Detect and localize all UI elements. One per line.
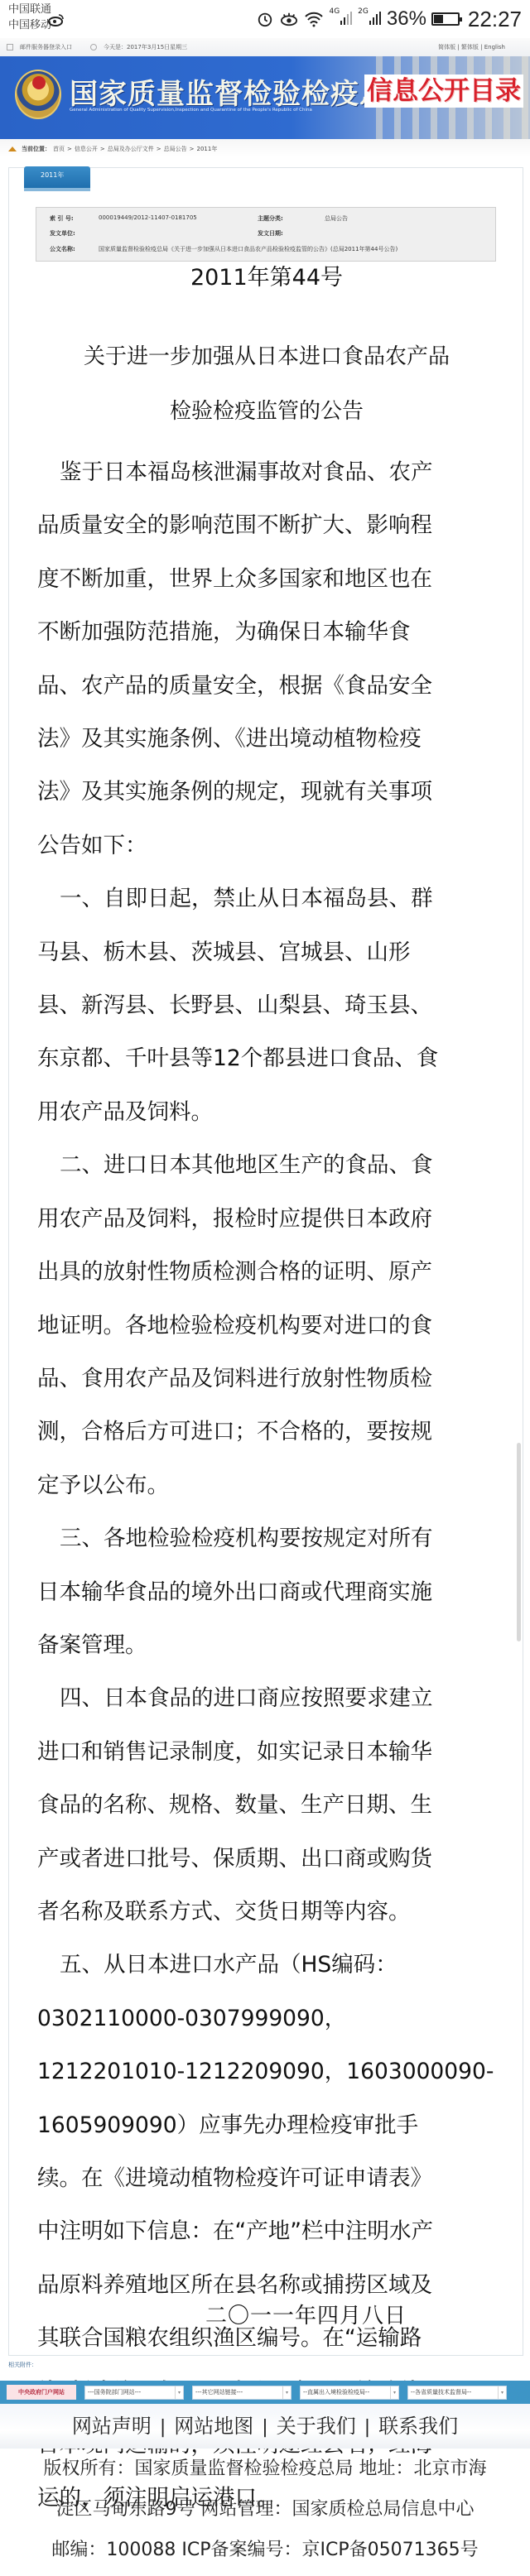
clock: 22:27 xyxy=(468,7,522,32)
status-bar: 中国联通 中国移动 4G 2G 36% 22:27 xyxy=(0,0,530,38)
attachments-row: 相关附件： xyxy=(8,2356,523,2374)
battery-icon xyxy=(431,12,460,26)
attachments-label: 相关附件： xyxy=(8,2361,37,2369)
footer-link-sitemap[interactable]: 网站地图 xyxy=(174,2415,253,2438)
paragraph-item-2: 二、进口日本其他地区生产的食品、食 用农产品及饲料，报检时应提供日本政府 出具的… xyxy=(37,1139,489,1512)
breadcrumb: 当前位置： 首页 > 信息公开 > 总局及办公厅文件 > 总局公告 > 2011… xyxy=(0,139,530,157)
home-icon xyxy=(8,147,17,151)
meta-row-issuer: 发文单位: 发文日期: xyxy=(36,229,495,243)
footer-link-statement[interactable]: 网站声明 xyxy=(72,2415,152,2438)
breadcrumb-separator: > xyxy=(100,146,105,152)
provincial-bureaus-select[interactable]: --各省质量技术监督局--▾ xyxy=(407,2386,507,2400)
wifi-icon xyxy=(304,11,324,27)
paragraph-item-1: 一、自即日起，禁止从日本福岛县、群 马县、栃木县、茨城县、宫城县、山形 县、新泻… xyxy=(37,872,489,1139)
footer-link-about[interactable]: 关于我们 xyxy=(277,2415,356,2438)
state-council-select[interactable]: ---国务院部门网站---▾ xyxy=(84,2386,184,2400)
utility-bar: 邮件服务器登录入口 今天是：2017年3月15日星期三 简体版 | 繁体版 | … xyxy=(0,38,530,56)
status-icons: 4G 2G 36% 22:27 xyxy=(256,8,522,30)
other-sites-select[interactable]: ---其它网站链接---▾ xyxy=(192,2386,291,2400)
breadcrumb-item-announcements[interactable]: 总局公告 xyxy=(164,145,187,153)
index-number: 000019449/2012-11407-0181705 xyxy=(99,214,197,221)
mail-login-link[interactable]: 邮件服务器登录入口 xyxy=(7,43,72,51)
paragraph-item-3: 三、各地检验检疫机构要按规定对所有 日本输华食品的境外出口商或代理商实施 备案管… xyxy=(37,1512,489,1672)
agency-emblem-icon xyxy=(15,70,61,119)
address-line: 淀区马甸东路9号 网站管理：国家质检总局信息中心 xyxy=(0,2489,530,2530)
breadcrumb-item-info-public[interactable]: 信息公开 xyxy=(75,145,98,153)
separator: | xyxy=(364,2417,370,2438)
clock-icon xyxy=(90,44,97,50)
carrier-2: 中国移动 xyxy=(8,17,51,33)
footer-link-contact[interactable]: 联系我们 xyxy=(378,2415,458,2438)
related-links-bar: 中央政府门户网站 ---国务院部门网站---▾ ---其它网站链接---▾ --… xyxy=(0,2381,530,2404)
breadcrumb-separator: > xyxy=(190,146,195,152)
chevron-down-icon: ▾ xyxy=(175,2386,183,2399)
breadcrumb-item-year[interactable]: 2011年 xyxy=(197,145,218,153)
weibo-icon xyxy=(48,13,65,26)
signal-bars-icon xyxy=(340,11,353,26)
today-date: 今天是：2017年3月15日星期三 xyxy=(90,43,187,51)
paragraph-item-4: 四、日本食品的进口商应按照要求建立 进口和销售记录制度，如实记录日本输华 食品的… xyxy=(37,1672,489,1939)
carrier-1: 中国联通 xyxy=(8,2,51,17)
signal-2: 2G xyxy=(358,7,382,31)
breadcrumb-label: 当前位置： xyxy=(22,145,51,153)
chevron-down-icon: ▾ xyxy=(282,2386,291,2399)
copyright-line: 版权所有：国家质量监督检验检疫总局 地址：北京市海 xyxy=(0,2449,530,2489)
site-banner: 国家质量监督检验检疫总局 General Administration of Q… xyxy=(0,56,530,139)
document-metadata: 索 引 号: 000019449/2012-11407-0181705 主题分类… xyxy=(36,207,496,262)
paragraph-preamble: 鉴于日本福岛核泄漏事故对食品、农产 品质量安全的影响范围不断扩大、影响程 度不断… xyxy=(37,446,489,872)
separator: | xyxy=(262,2417,267,2438)
footer-info: 版权所有：国家质量监督检验检疫总局 地址：北京市海 淀区马甸东路9号 网站管理：… xyxy=(0,2449,530,2570)
signature-date: 二〇一一年四月八日 xyxy=(205,2299,407,2329)
section-tag: 信息公开目录 xyxy=(364,74,523,108)
category-value: 总局公告 xyxy=(325,214,348,223)
alarm-icon xyxy=(256,11,274,27)
icp-line: 邮编：100088 ICP备案编号：京ICP备05071365号 xyxy=(0,2530,530,2570)
ciq-bureaus-select[interactable]: --直属出入境检验检疫局--▾ xyxy=(300,2386,399,2400)
chevron-down-icon: ▾ xyxy=(390,2386,398,2399)
mail-icon xyxy=(7,44,13,50)
eye-comfort-icon xyxy=(279,11,299,27)
meta-row-name: 公文名称: 国家质量监督检验检疫总局《关于进一步加强从日本进口食品农产品检验检疫… xyxy=(36,245,495,258)
chevron-down-icon: ▾ xyxy=(498,2386,506,2399)
language-switch[interactable]: 简体版 | 繁体版 | English xyxy=(438,43,505,51)
year-tab[interactable]: 2011年 xyxy=(24,166,90,188)
document-body: 鉴于日本福岛核泄漏事故对食品、农产 品质量安全的影响范围不断扩大、影响程 度不断… xyxy=(37,446,489,2526)
carrier-labels: 中国联通 中国移动 xyxy=(8,2,51,33)
document-number: 2011年第44号 xyxy=(9,259,524,291)
breadcrumb-separator: > xyxy=(67,146,72,152)
meta-row-index: 索 引 号: 000019449/2012-11407-0181705 主题分类… xyxy=(36,214,495,228)
signal-1: 4G xyxy=(329,7,353,31)
separator: | xyxy=(160,2417,166,2438)
breadcrumb-item-documents[interactable]: 总局及办公厅文件 xyxy=(108,145,154,153)
document-title: 关于进一步加强从日本进口食品农产品 检验检疫监管的公告 xyxy=(9,329,524,439)
site-subtitle: General Administration of Quality Superv… xyxy=(70,108,312,113)
breadcrumb-item-home[interactable]: 首页 xyxy=(53,145,65,153)
gov-portal-link[interactable]: 中央政府门户网站 xyxy=(7,2385,76,2400)
signal-bars-icon xyxy=(369,11,382,26)
document-frame: 2011年 索 引 号: 000019449/2012-11407-018170… xyxy=(8,167,523,2356)
footer-nav: 网站声明|网站地图|关于我们|联系我们 xyxy=(0,2404,530,2449)
battery-percent: 36% xyxy=(387,7,426,31)
document-name: 国家质量监督检验检疫总局《关于进一步加强从日本进口食品农产品检验检疫监管的公告》… xyxy=(99,245,397,253)
breadcrumb-separator: > xyxy=(157,146,161,152)
scrollbar[interactable] xyxy=(517,1443,521,1641)
